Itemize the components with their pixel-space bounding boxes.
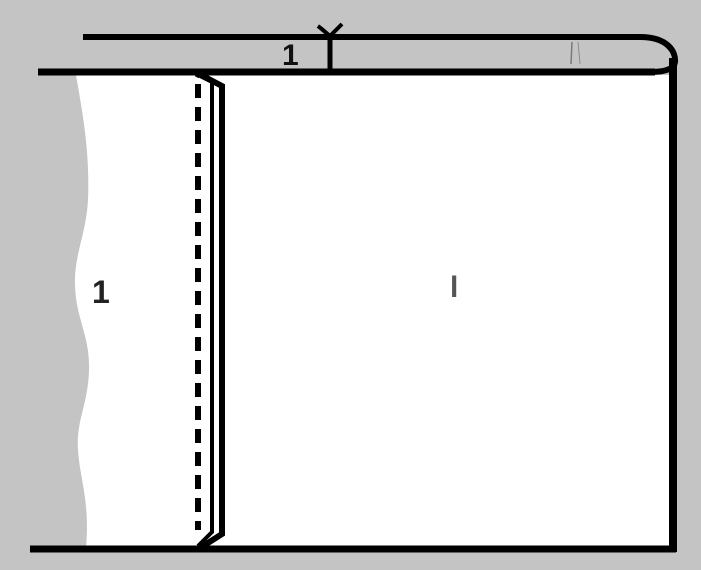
left-fabric-panel <box>75 75 670 548</box>
main-panel-label: l <box>450 271 458 304</box>
diagram-svg: 1 1 l <box>0 0 701 570</box>
diagram-canvas: 1 1 l <box>0 0 701 570</box>
hem-band-label: 1 <box>282 39 299 72</box>
left-panel-label: 1 <box>92 274 110 310</box>
